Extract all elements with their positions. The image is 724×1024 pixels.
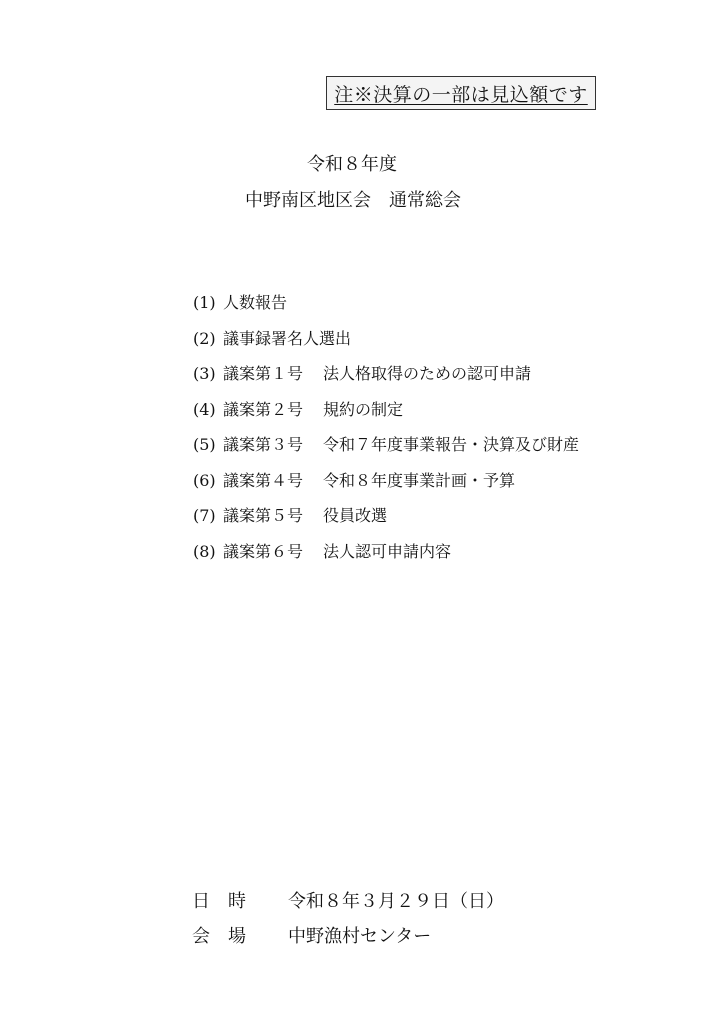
agenda-title: 議事録署名人選出: [223, 329, 351, 365]
agenda-subject: 法人認可申請内容: [323, 542, 451, 578]
agenda-number: (3): [193, 364, 223, 400]
agenda-bill-number: 議案第３号: [223, 435, 323, 471]
date-value: 令和８年３月２９日（日）: [288, 890, 504, 925]
agenda-subject: 令和８年度事業計画・予算: [323, 471, 515, 507]
agenda-number: (2): [193, 329, 223, 365]
page-title: 中野南区地区会 通常総会: [245, 186, 461, 212]
note-box: 注※決算の一部は見込額です: [326, 76, 596, 110]
agenda-item: (8) 議案第６号 法人認可申請内容: [193, 542, 579, 578]
agenda-bill-number: 議案第５号: [223, 506, 323, 542]
agenda-bill-number: 議案第６号: [223, 542, 323, 578]
agenda-subject: 法人格取得のための認可申請: [323, 364, 531, 400]
meeting-info: 日 時 令和８年３月２９日（日） 会 場 中野漁村センター: [192, 890, 504, 960]
agenda-title: 人数報告: [223, 293, 287, 329]
agenda-subject: 規約の制定: [323, 400, 403, 436]
agenda-number: (1): [193, 293, 223, 329]
agenda-item: (5) 議案第３号 令和７年度事業報告・決算及び財産: [193, 435, 579, 471]
venue-value: 中野漁村センター: [288, 925, 431, 960]
agenda-subject: 令和７年度事業報告・決算及び財産: [323, 435, 579, 471]
date-row: 日 時 令和８年３月２９日（日）: [192, 890, 504, 925]
agenda-item: (4) 議案第２号 規約の制定: [193, 400, 579, 436]
agenda-item: (7) 議案第５号 役員改選: [193, 506, 579, 542]
agenda-number: (7): [193, 506, 223, 542]
agenda-number: (6): [193, 471, 223, 507]
note-text: 注※決算の一部は見込額です: [334, 80, 588, 107]
date-label: 日 時: [192, 890, 288, 925]
agenda-bill-number: 議案第４号: [223, 471, 323, 507]
agenda-number: (4): [193, 400, 223, 436]
agenda-subject: 役員改選: [323, 506, 387, 542]
agenda-bill-number: 議案第２号: [223, 400, 323, 436]
agenda-item: (1) 人数報告: [193, 293, 579, 329]
agenda-item: (3) 議案第１号 法人格取得のための認可申請: [193, 364, 579, 400]
agenda-bill-number: 議案第１号: [223, 364, 323, 400]
agenda-item: (2) 議事録署名人選出: [193, 329, 579, 365]
agenda-item: (6) 議案第４号 令和８年度事業計画・予算: [193, 471, 579, 507]
agenda-number: (8): [193, 542, 223, 578]
agenda-number: (5): [193, 435, 223, 471]
agenda-list: (1) 人数報告 (2) 議事録署名人選出 (3) 議案第１号 法人格取得のため…: [193, 293, 579, 577]
title-year: 令和８年度: [0, 150, 724, 176]
venue-row: 会 場 中野漁村センター: [192, 925, 504, 960]
venue-label: 会 場: [192, 925, 288, 960]
